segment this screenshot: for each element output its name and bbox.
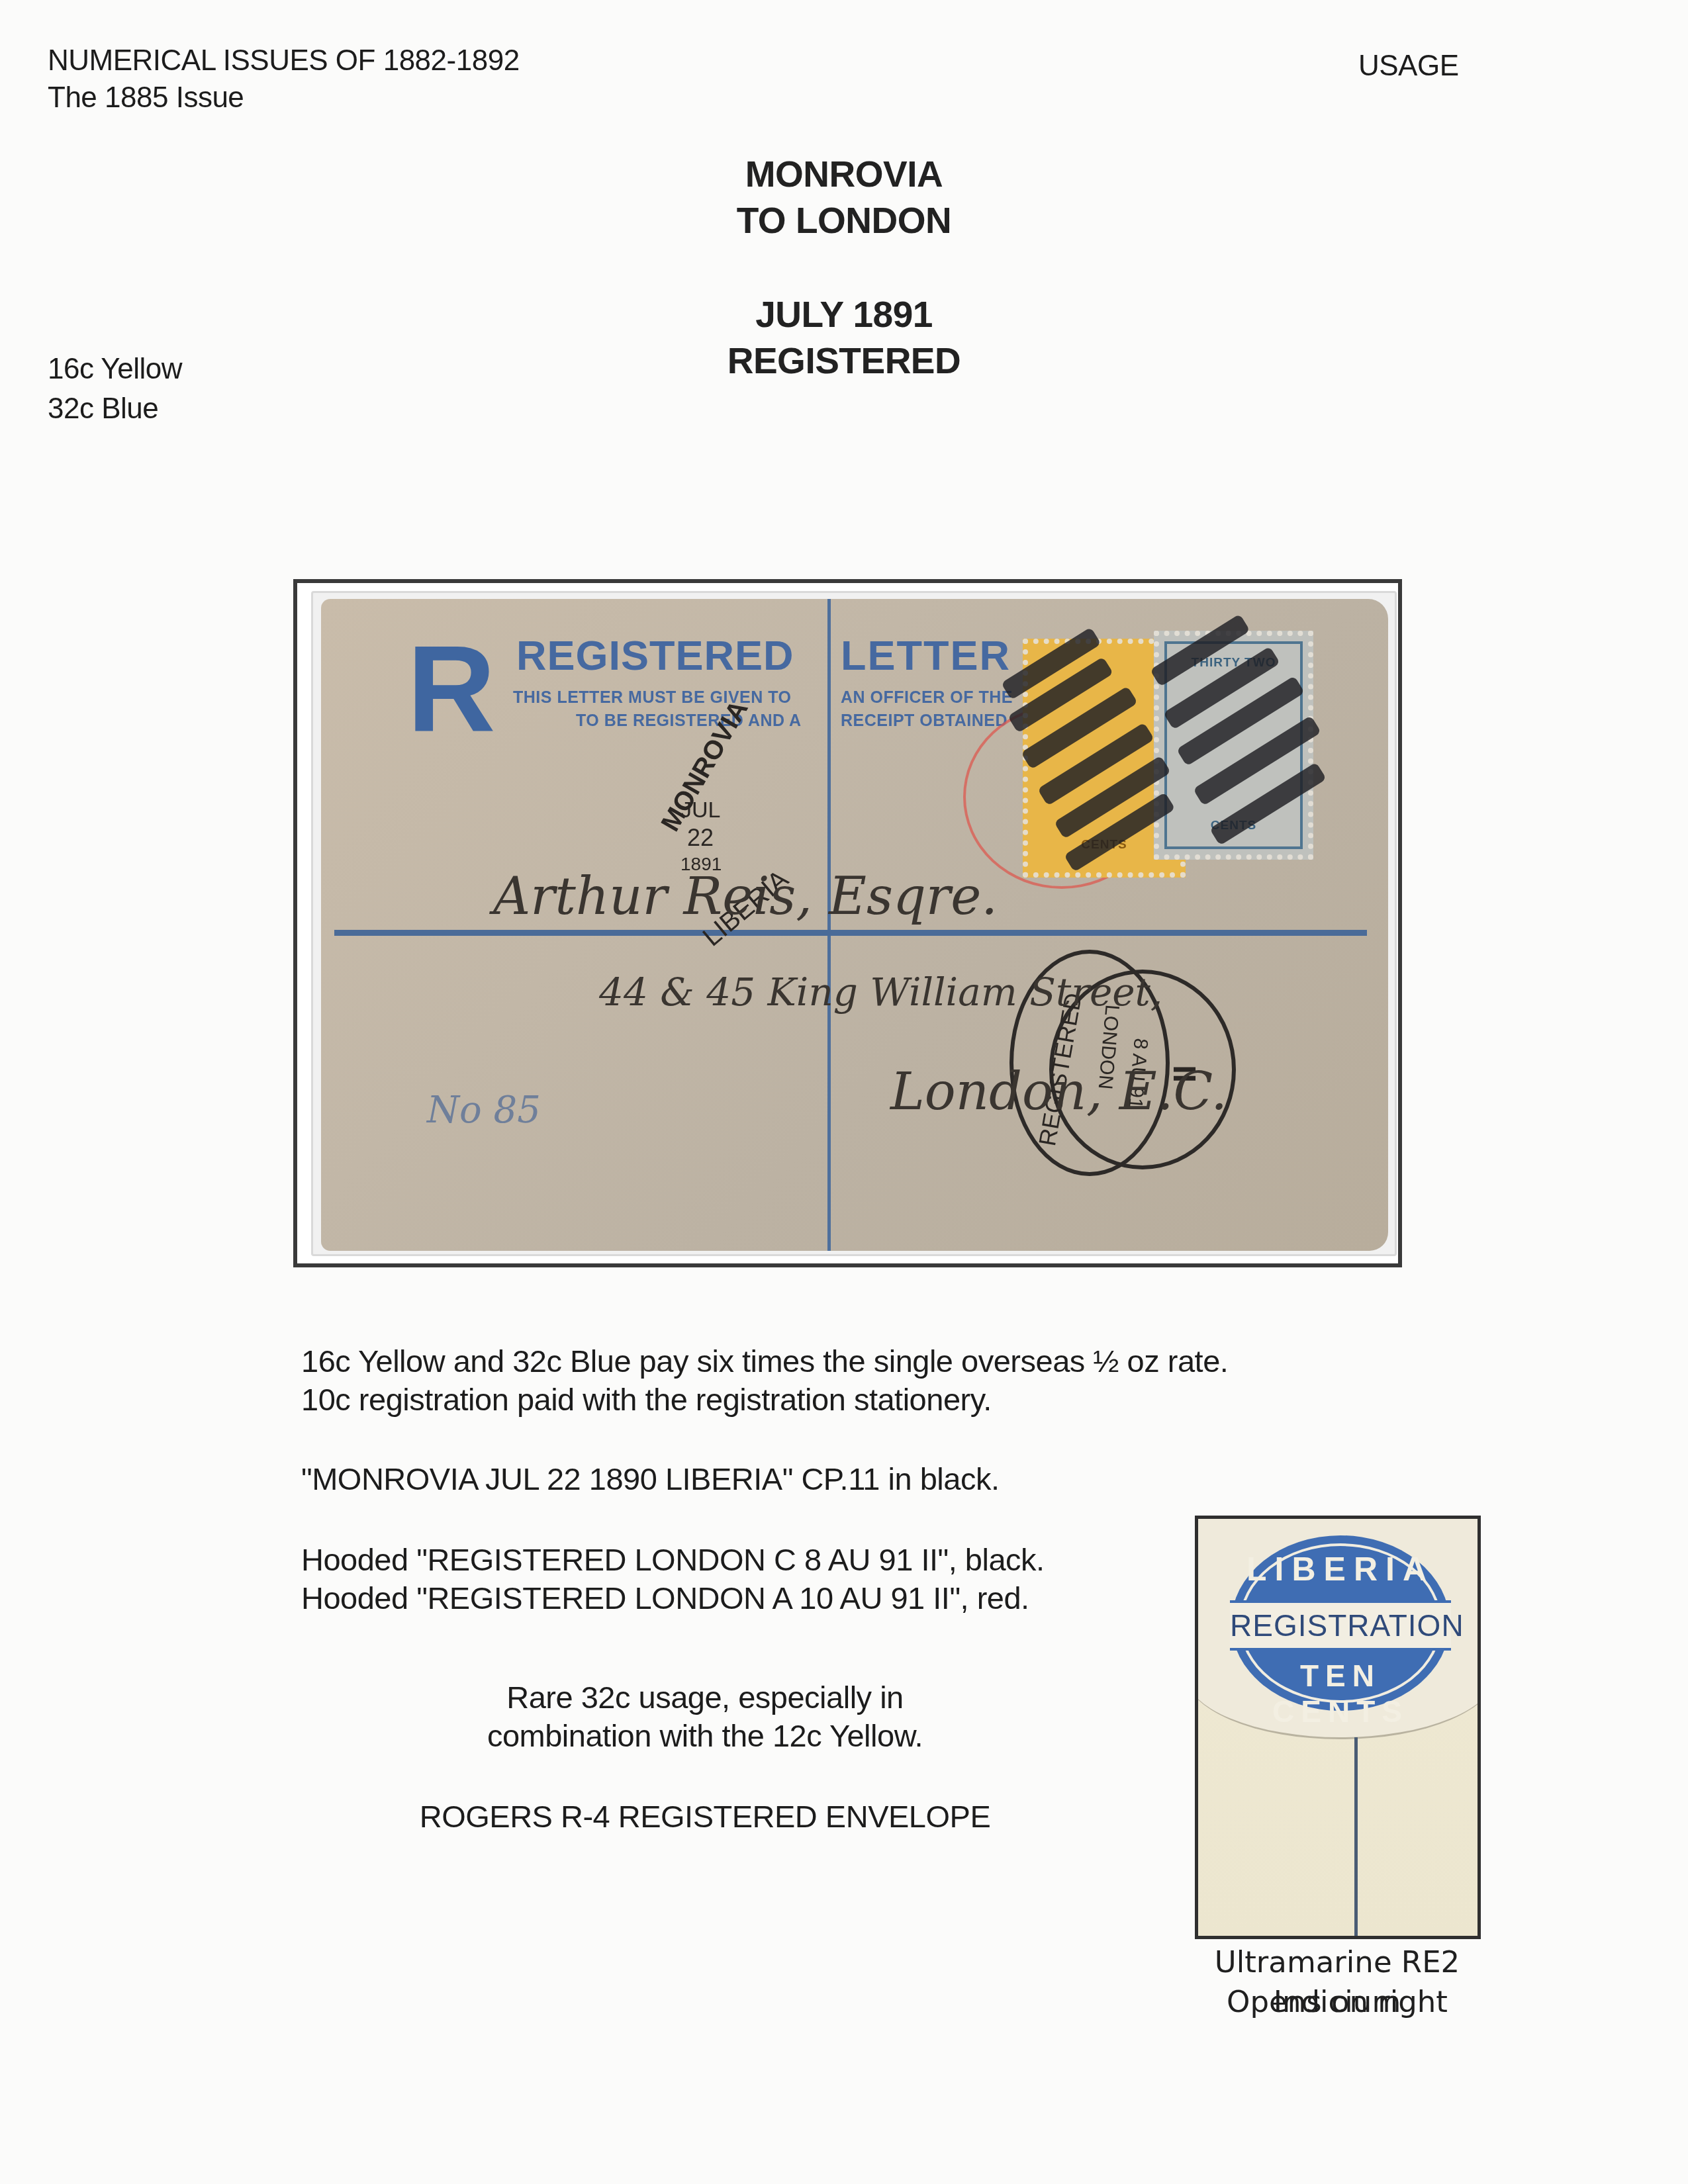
envelope-heading-registered: REGISTERED	[516, 632, 794, 680]
envelope-instruction-3: AN OFFICER OF THE	[841, 688, 1013, 707]
registration-indicium: LIBERIA REGISTRATION TEN CENTS	[1231, 1535, 1450, 1711]
stamp-used-2: 32c Blue	[48, 389, 158, 429]
catalog-reference: ROGERS R-4 REGISTERED ENVELOPE	[371, 1797, 1039, 1836]
service-heading: REGISTERED	[546, 338, 1142, 384]
rarity-note-1: Rare 32c usage, especially in	[371, 1678, 1039, 1717]
route-line-1: MONROVIA	[546, 151, 1142, 197]
indicium-country: LIBERIA	[1231, 1550, 1450, 1588]
envelope-heading-letter: LETTER	[841, 632, 1011, 680]
rarity-note-2: combination with the 12c Yellow.	[371, 1717, 1039, 1755]
rate-description-2: 10c registration paid with the registrat…	[301, 1381, 992, 1419]
registration-notation: No 85	[427, 1089, 541, 1132]
date-heading: JULY 1891	[546, 291, 1142, 338]
cancel-description: "MONROVIA JUL 22 1890 LIBERIA" CP.11 in …	[301, 1460, 999, 1498]
indicium-caption-2: Opens on right	[1152, 1982, 1523, 2022]
address-line-3: London, E.C.	[890, 1062, 1227, 1122]
envelope-instruction-1: THIS LETTER MUST BE GIVEN TO	[513, 688, 792, 707]
indicium-image: LIBERIA REGISTRATION TEN CENTS	[1195, 1516, 1481, 1939]
rate-description-1: 16c Yellow and 32c Blue pay six times th…	[301, 1342, 1228, 1381]
section-title: NUMERICAL ISSUES OF 1882-1892	[48, 41, 520, 81]
hooded-mark-red: Hooded "REGISTERED LONDON A 10 AU 91 II"…	[301, 1579, 1029, 1617]
hooded-mark-black: Hooded "REGISTERED LONDON C 8 AU 91 II",…	[301, 1541, 1045, 1579]
indicium-band: REGISTRATION	[1230, 1600, 1451, 1651]
registered-r-mark: R	[407, 629, 496, 751]
address-line-1: Arthur Reis, Esqre.	[493, 867, 998, 927]
indicium-value: TEN CENTS	[1231, 1658, 1450, 1729]
registered-envelope: R REGISTERED LETTER THIS LETTER MUST BE …	[321, 599, 1388, 1251]
indicium-envelope-line	[1354, 1737, 1358, 1939]
route-line-2: TO LONDON	[546, 197, 1142, 244]
envelope-horizontal-line	[334, 930, 1367, 936]
subsection-title: The 1885 Issue	[48, 78, 244, 118]
category-label: USAGE	[1358, 46, 1459, 86]
stamp-used-1: 16c Yellow	[48, 349, 182, 389]
envelope-instruction-4: RECEIPT OBTAINED	[841, 711, 1008, 731]
address-line-2: 44 & 45 King William Street,	[599, 970, 1162, 1015]
